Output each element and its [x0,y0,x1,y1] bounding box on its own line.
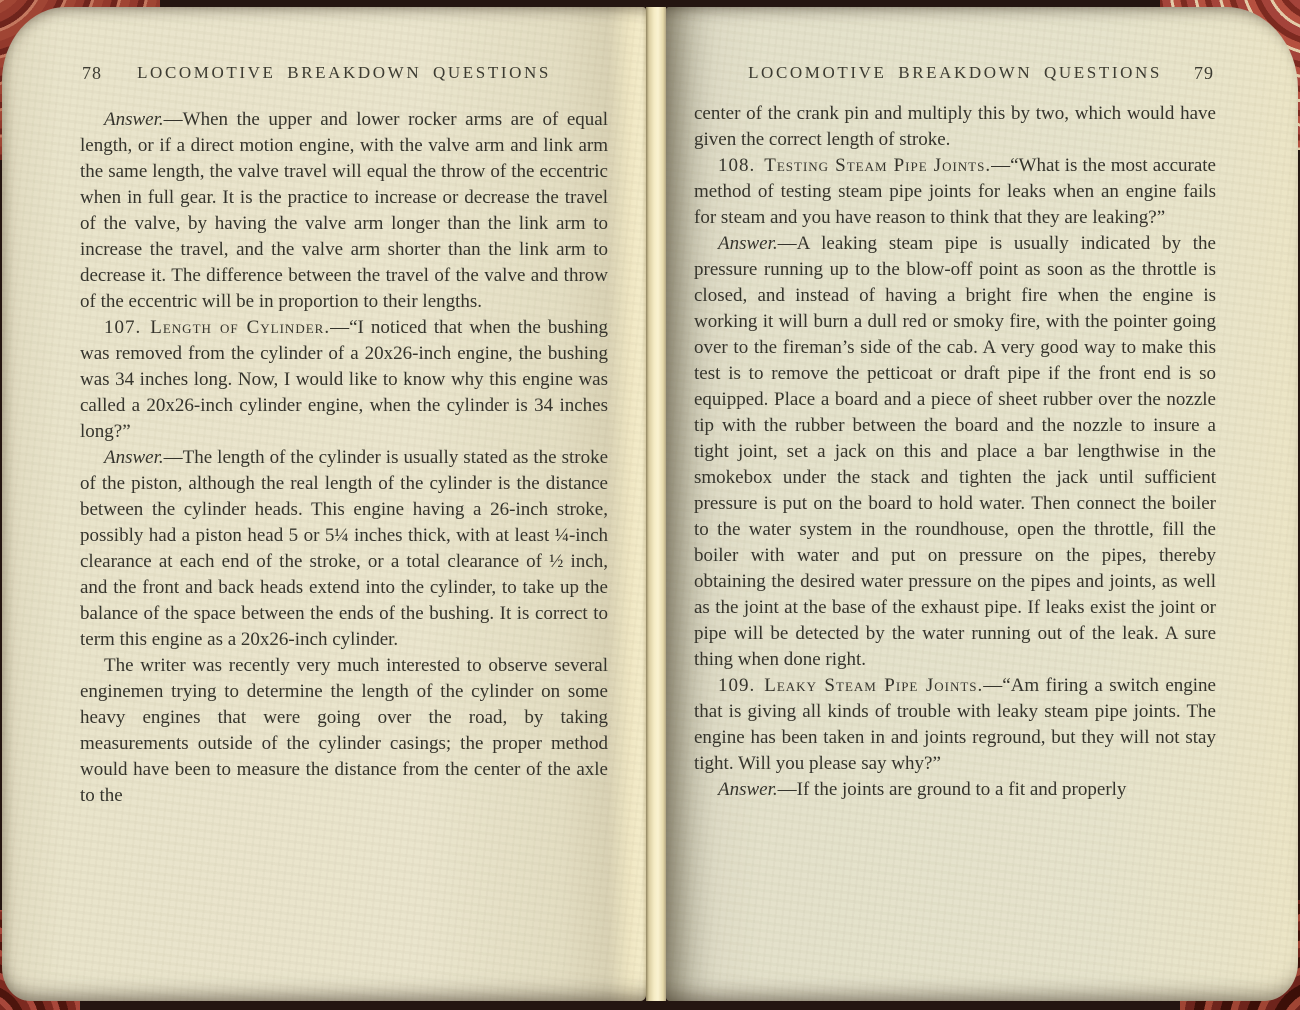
answer-lead: Answer. [104,447,164,468]
question-number: 108. [718,155,755,176]
right-page-text-column: center of the crank pin and multiply thi… [694,101,1216,803]
question-paragraph: 107.Length of Cylinder.—“I noticed that … [80,315,608,445]
continuation-paragraph: center of the crank pin and multiply thi… [694,101,1216,153]
book-photo: 78 LOCOMOTIVE BREAKDOWN QUESTIONS Answer… [0,0,1300,1010]
paragraph-text: center of the crank pin and multiply thi… [694,103,1216,150]
question-heading: Length of Cylinder. [150,317,330,338]
answer-lead: Answer. [718,779,778,800]
paragraph-text: The writer was recently very much intere… [80,655,608,806]
question-number: 107. [104,317,141,338]
running-title: LOCOMOTIVE BREAKDOWN QUESTIONS [80,63,608,83]
em-dash: — [778,779,797,800]
question-number: 109. [718,675,755,696]
left-page-text-column: Answer.—When the upper and lower rocker … [80,107,608,809]
em-dash: — [991,155,1010,176]
paragraph-text: The length of the cylinder is usually st… [80,447,608,650]
right-page-header: LOCOMOTIVE BREAKDOWN QUESTIONS 79 [694,63,1216,87]
paragraph-text: A leaking steam pipe is usually indicate… [694,233,1216,670]
right-page: LOCOMOTIVE BREAKDOWN QUESTIONS 79 center… [666,7,1298,1001]
answer-paragraph: Answer.—If the joints are ground to a fi… [694,777,1216,803]
question-paragraph: 108.Testing Steam Pipe Joints.—“What is … [694,153,1216,231]
paragraph-text: When the upper and lower rocker arms are… [80,109,608,312]
left-page: 78 LOCOMOTIVE BREAKDOWN QUESTIONS Answer… [2,7,646,1001]
running-title: LOCOMOTIVE BREAKDOWN QUESTIONS [694,63,1216,83]
book-gutter [646,7,666,1001]
page-number: 79 [1194,63,1214,84]
paragraph-text: If the joints are ground to a fit and pr… [797,779,1127,800]
em-dash: — [164,109,183,130]
em-dash: — [164,447,183,468]
answer-lead: Answer. [104,109,164,130]
em-dash: — [983,675,1002,696]
answer-paragraph: Answer.—When the upper and lower rocker … [80,107,608,315]
em-dash: — [330,317,349,338]
question-heading: Leaky Steam Pipe Joints. [764,675,983,696]
answer-lead: Answer. [718,233,778,254]
answer-paragraph: Answer.—The length of the cylinder is us… [80,445,608,653]
answer-paragraph: Answer.—A leaking steam pipe is usually … [694,231,1216,673]
left-page-header: 78 LOCOMOTIVE BREAKDOWN QUESTIONS [80,63,608,87]
page-number: 78 [82,63,102,84]
em-dash: — [778,233,797,254]
question-heading: Testing Steam Pipe Joints. [764,155,991,176]
question-paragraph: 109.Leaky Steam Pipe Joints.—“Am firing … [694,673,1216,777]
body-paragraph: The writer was recently very much intere… [80,653,608,809]
